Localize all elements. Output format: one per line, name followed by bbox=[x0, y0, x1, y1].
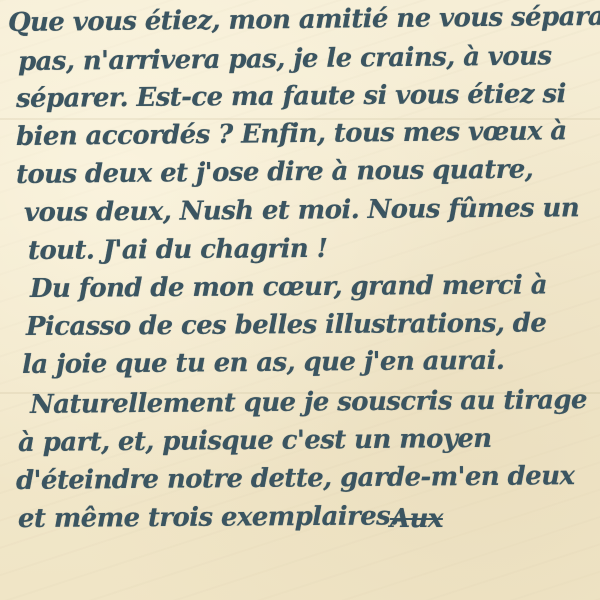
letter-line: pas, n'arrivera pas, je le crains, à vou… bbox=[18, 41, 552, 77]
letter-page: Que vous étiez, mon amitié ne vous sépar… bbox=[0, 0, 600, 600]
letter-line: d'éteindre notre dette, garde-m'en deux bbox=[16, 461, 575, 496]
letter-line: Picasso de ces belles illustrations, de bbox=[26, 308, 546, 342]
struck-word: Aux bbox=[390, 504, 443, 534]
letter-line: à part, et, puisque c'est un moyen bbox=[18, 424, 492, 458]
letter-line: la joie que tu en as, que j'en aurai. bbox=[22, 346, 505, 380]
letter-line: bien accordés ? Enfin, tous mes vœux à bbox=[16, 116, 567, 152]
letter-line: Naturellement que je souscris au tirage bbox=[30, 385, 587, 420]
letter-line: Que vous étiez, mon amitié ne vous sépar… bbox=[8, 2, 600, 38]
letter-line: vous deux, Nush et moi. Nous fûmes un bbox=[24, 193, 579, 228]
letter-line: tous deux et j'ose dire à nous quatre, bbox=[16, 155, 533, 190]
letter-line: séparer. Est-ce ma faute si vous étiez s… bbox=[16, 79, 566, 114]
letter-line: et même trois exemplaires. bbox=[18, 501, 399, 534]
letter-line: Du fond de mon cœur, grand merci à bbox=[30, 270, 547, 304]
letter-line: tout. J'ai du chagrin ! bbox=[28, 234, 328, 266]
